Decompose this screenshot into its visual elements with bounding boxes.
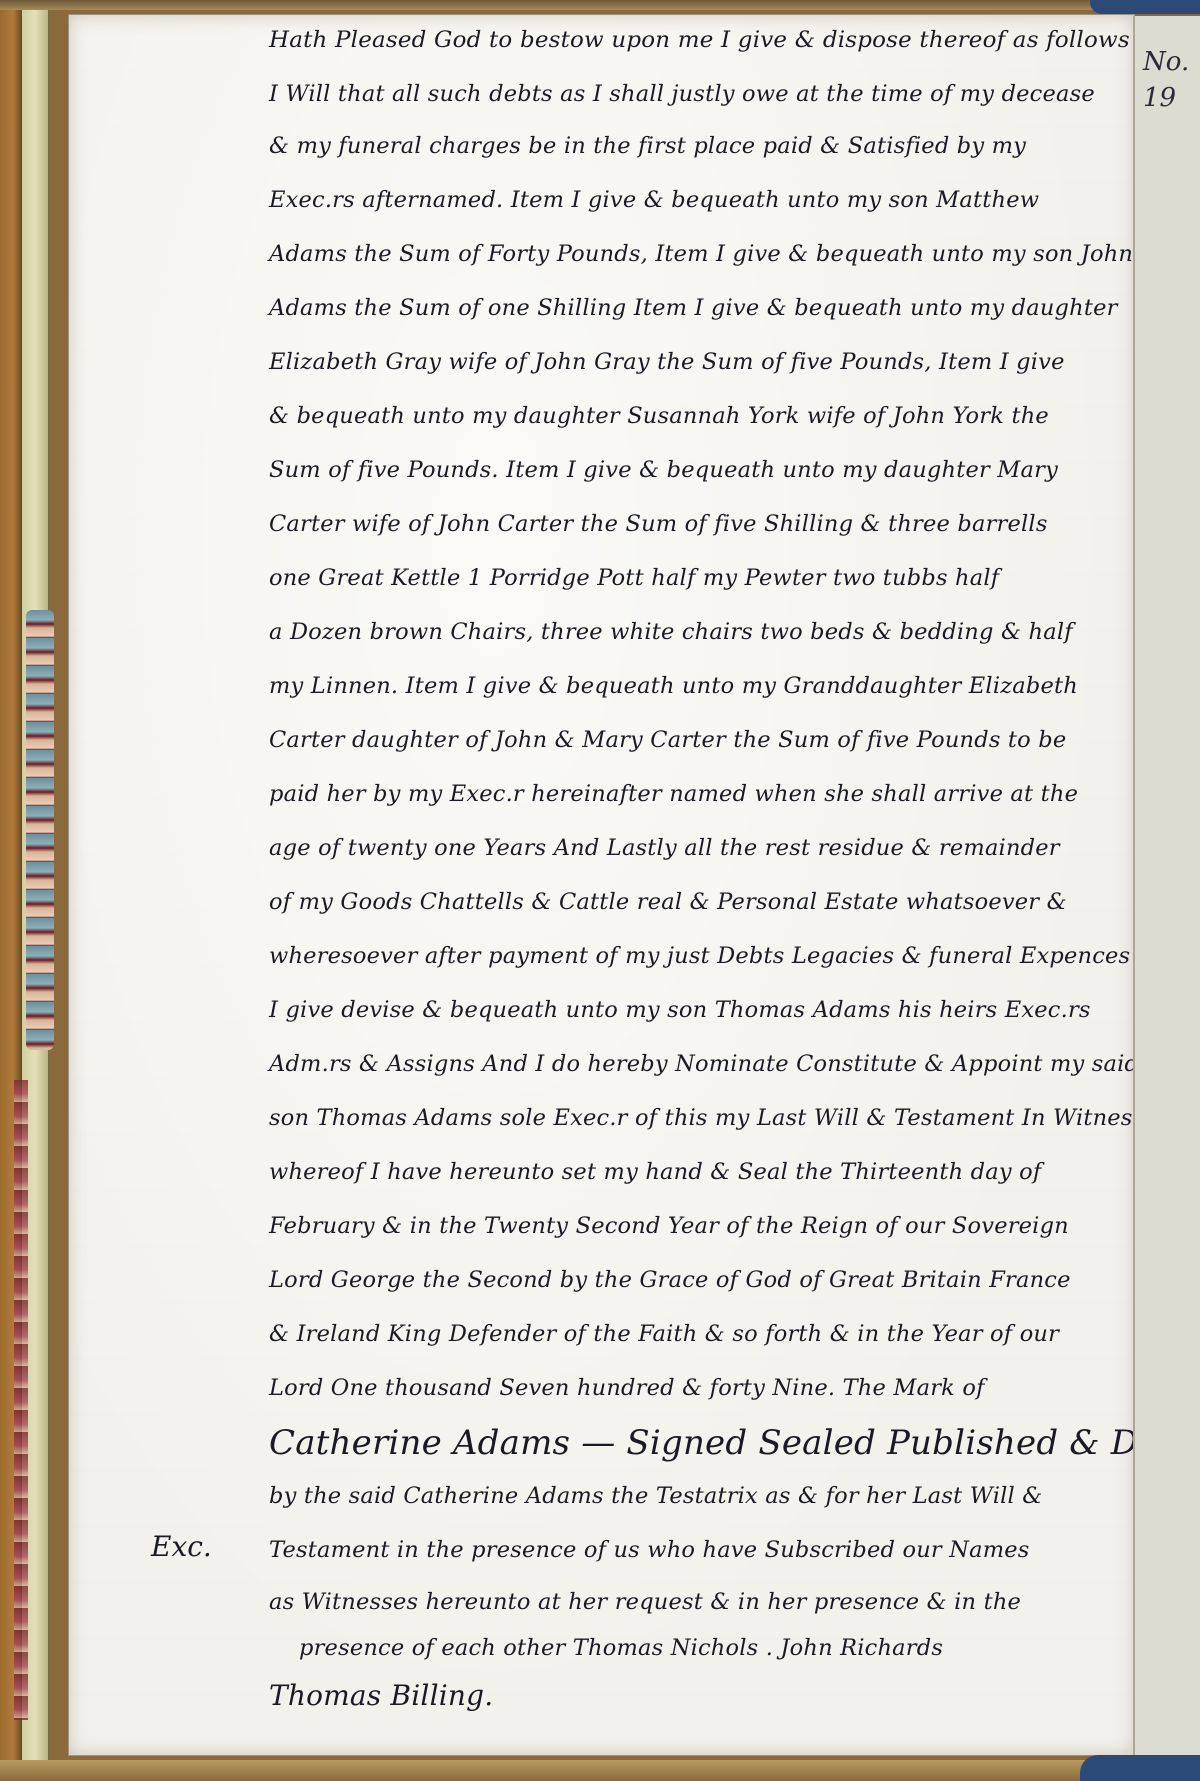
text-line: Testament in the presence of us who have… — [269, 1537, 1030, 1563]
text-line: a Dozen brown Chairs, three white chairs… — [269, 619, 1073, 645]
text-line: whereof I have hereunto set my hand & Se… — [269, 1159, 1041, 1185]
text-line: February & in the Twenty Second Year of … — [269, 1213, 1069, 1239]
marbled-endpaper-lower — [14, 1080, 28, 1720]
text-line: Lord George the Second by the Grace of G… — [269, 1267, 1071, 1293]
text-line: Carter wife of John Carter the Sum of fi… — [269, 511, 1048, 537]
blue-cover-corner-top — [1090, 0, 1200, 14]
text-line: & Ireland King Defender of the Faith & s… — [269, 1321, 1059, 1347]
facing-page-note: No. 19 — [1143, 44, 1198, 116]
text-line: Hath Pleased God to bestow upon me I giv… — [269, 27, 1194, 53]
facing-page-edge: No. 19 — [1133, 16, 1200, 1756]
text-line-witnesses: presence of each other Thomas Nichols . … — [299, 1635, 943, 1661]
marbled-endpaper-edge — [26, 610, 54, 1050]
text-line: & bequeath unto my daughter Susannah Yor… — [269, 403, 1049, 429]
text-line: & my funeral charges be in the first pla… — [269, 133, 1026, 159]
text-line: Adams the Sum of one Shilling Item I giv… — [269, 295, 1118, 321]
text-line: age of twenty one Years And Lastly all t… — [269, 835, 1060, 861]
text-line: paid her by my Exec.r hereinafter named … — [269, 781, 1078, 807]
text-line: I Will that all such debts as I shall ju… — [269, 81, 1095, 107]
text-line: I give devise & bequeath unto my son Tho… — [269, 997, 1091, 1023]
text-line-witness-billing: Thomas Billing. — [269, 1679, 493, 1712]
text-line: Sum of five Pounds. Item I give & bequea… — [269, 457, 1058, 483]
book-cover-bottom-edge — [0, 1760, 1200, 1781]
margin-note-exc: Exc. — [151, 1530, 212, 1563]
text-line: my Linnen. Item I give & bequeath unto m… — [269, 673, 1078, 699]
text-line: of my Goods Chattells & Cattle real & Pe… — [269, 889, 1067, 915]
book-cover-top-edge — [0, 0, 1200, 10]
text-line: as Witnesses hereunto at her request & i… — [269, 1589, 1021, 1615]
manuscript-page: Exc. Hath Pleased God to bestow upon me … — [68, 14, 1135, 1756]
blue-cover-corner-bottom — [1080, 1755, 1200, 1781]
text-line: wheresoever after payment of my just Deb… — [269, 943, 1130, 969]
text-line: Carter daughter of John & Mary Carter th… — [269, 727, 1066, 753]
text-line: Elizabeth Gray wife of John Gray the Sum… — [269, 349, 1065, 375]
text-line: Lord One thousand Seven hundred & forty … — [269, 1375, 985, 1401]
text-line: son Thomas Adams sole Exec.r of this my … — [269, 1105, 1144, 1131]
text-line-signature: Catherine Adams — Signed Sealed Publishe… — [269, 1423, 1200, 1463]
text-line: Adm.rs & Assigns And I do hereby Nominat… — [269, 1051, 1139, 1077]
text-line: one Great Kettle 1 Porridge Pott half my… — [269, 565, 999, 591]
text-line: Adams the Sum of Forty Pounds, Item I gi… — [269, 241, 1133, 267]
text-line: Exec.rs afternamed. Item I give & bequea… — [269, 187, 1039, 213]
text-line: by the said Catherine Adams the Testatri… — [269, 1483, 1042, 1509]
